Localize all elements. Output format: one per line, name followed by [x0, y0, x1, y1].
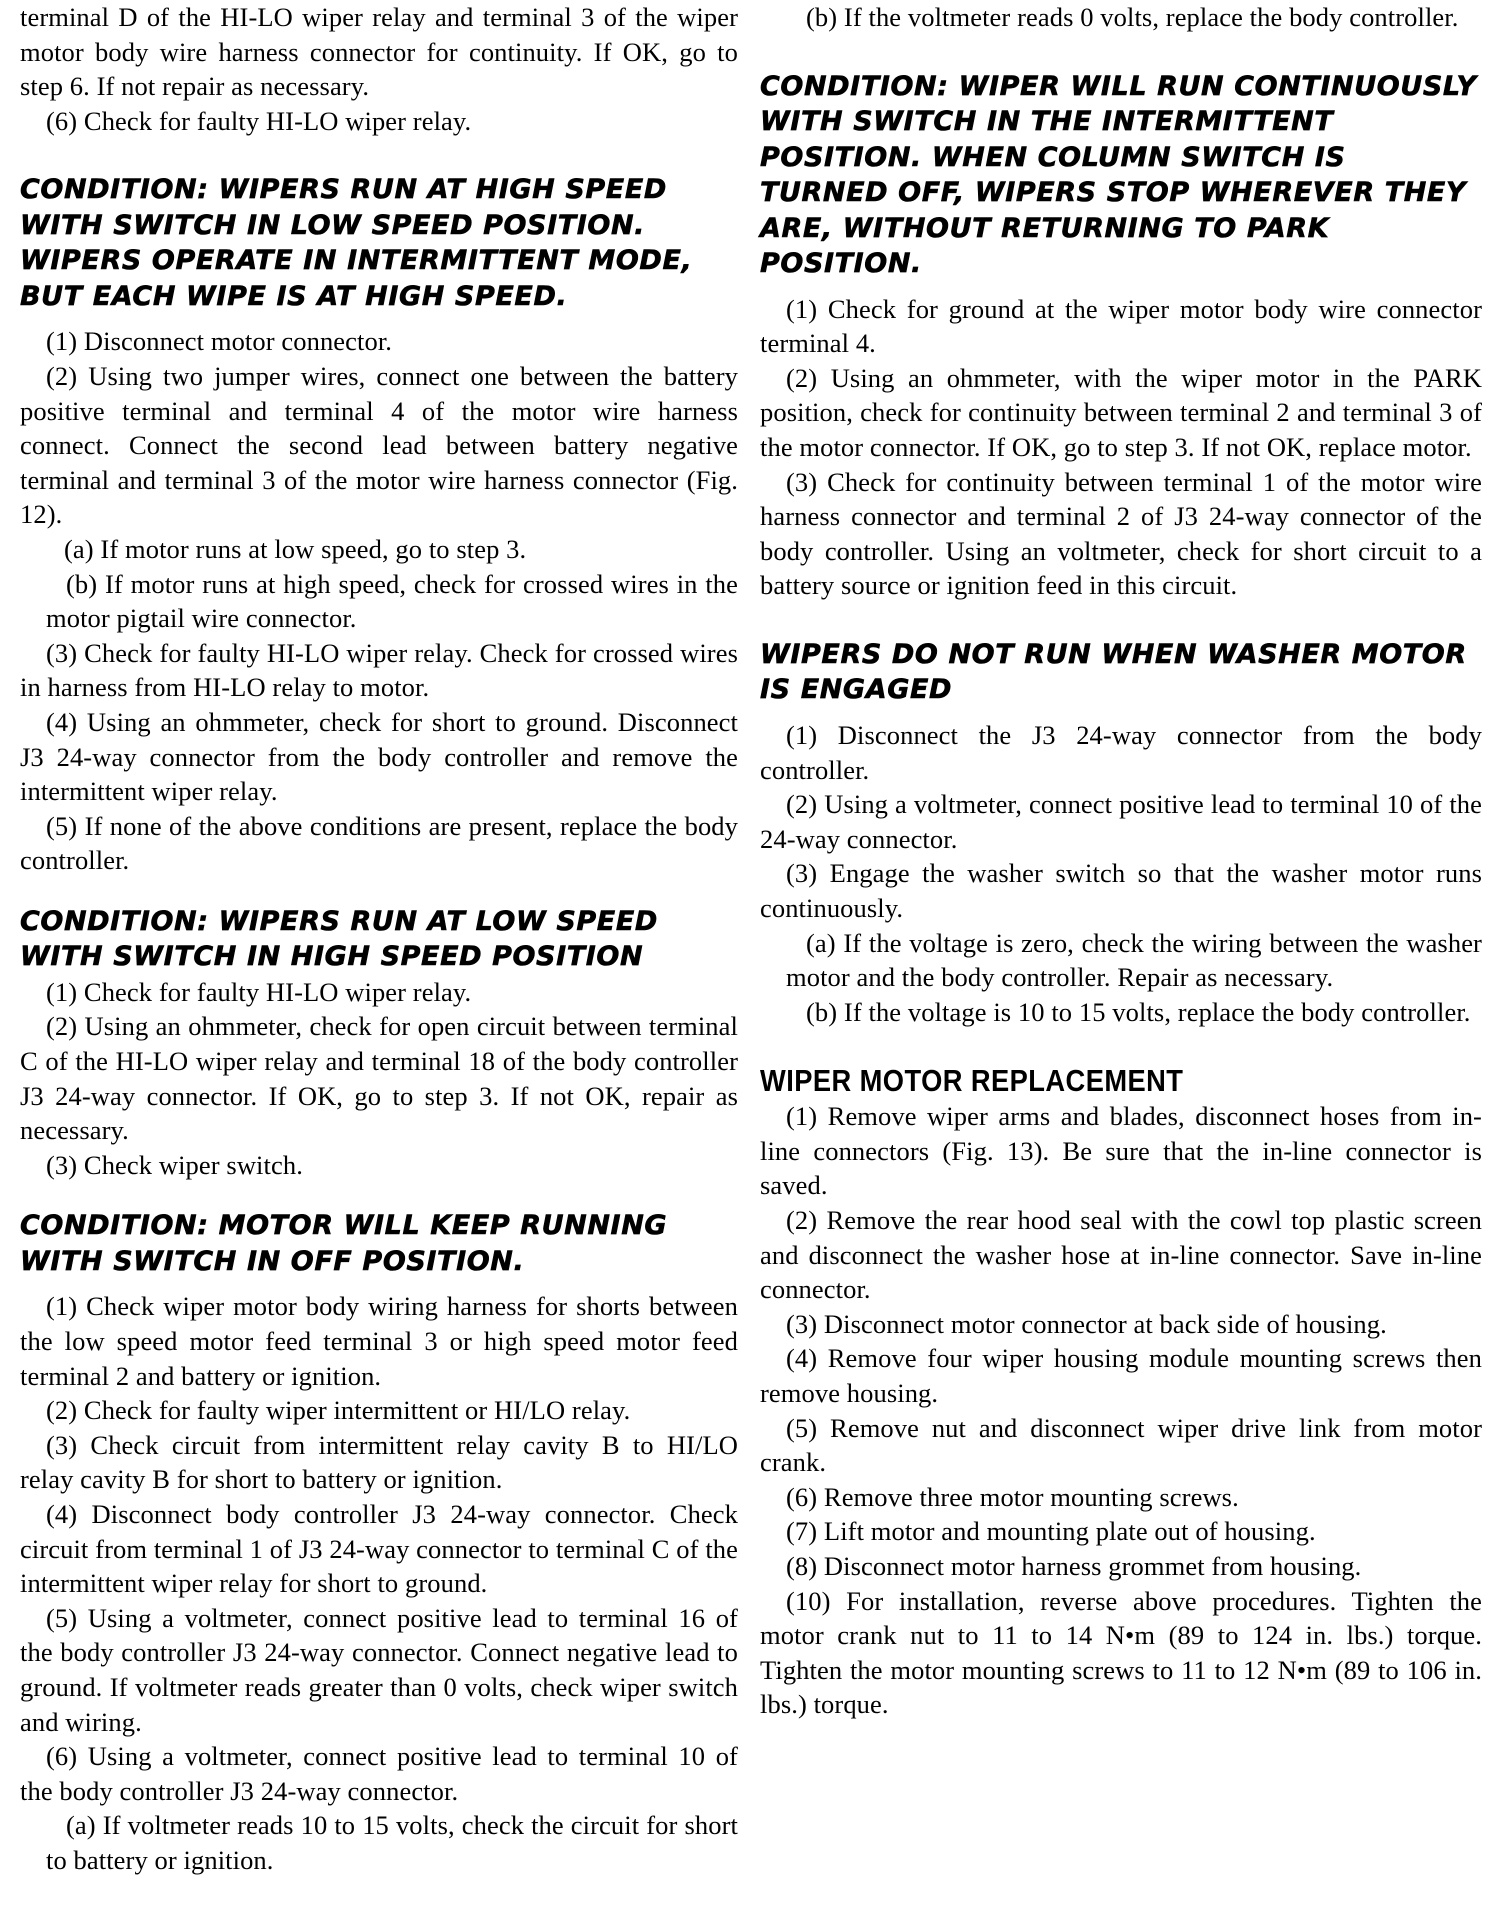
- sub-step: (b) If the voltmeter reads 0 volts, repl…: [760, 0, 1482, 35]
- left-column: terminal D of the HI-LO wiper relay and …: [20, 0, 738, 1878]
- step: (2) Remove the rear hood seal with the c…: [760, 1203, 1482, 1307]
- step: (5) Remove nut and disconnect wiper driv…: [760, 1411, 1482, 1480]
- step: (2) Check for faulty wiper intermittent …: [20, 1393, 738, 1428]
- step: (4) Remove four wiper housing module mou…: [760, 1341, 1482, 1410]
- step: (2) Using a voltmeter, connect positive …: [760, 787, 1482, 856]
- step: (3) Check for faulty HI-LO wiper relay. …: [20, 636, 738, 705]
- step: (5) Using a voltmeter, connect positive …: [20, 1601, 738, 1739]
- step: (6) Using a voltmeter, connect positive …: [20, 1739, 738, 1808]
- step: (3) Disconnect motor connector at back s…: [760, 1307, 1482, 1342]
- step: (2) Using an ohmmeter, check for open ci…: [20, 1009, 738, 1147]
- step: (2) Using two jumper wires, connect one …: [20, 359, 738, 532]
- section-heading-wiper-motor-replacement: WIPER MOTOR REPLACEMENT: [760, 1063, 1395, 1099]
- step: (1) Check wiper motor body wiring harnes…: [20, 1289, 738, 1393]
- step: (2) Using an ohmmeter, with the wiper mo…: [760, 361, 1482, 465]
- step: (1) Check for ground at the wiper motor …: [760, 292, 1482, 361]
- step: (8) Disconnect motor harness grommet fro…: [760, 1549, 1482, 1584]
- step: (1) Check for faulty HI-LO wiper relay.: [20, 975, 738, 1010]
- section-heading-high-speed-in-low: CONDITION: WIPERS RUN AT HIGH SPEED WITH…: [20, 172, 738, 314]
- section-heading-motor-keeps-running: CONDITION: MOTOR WILL KEEP RUNNING WITH …: [20, 1208, 738, 1279]
- step: (7) Lift motor and mounting plate out of…: [760, 1514, 1482, 1549]
- step: (4) Using an ohmmeter, check for short t…: [20, 705, 738, 809]
- section-heading-washer-engaged: WIPERS DO NOT RUN WHEN WASHER MOTOR IS E…: [760, 637, 1482, 708]
- step: (3) Engage the washer switch so that the…: [760, 856, 1482, 925]
- sub-step: (a) If motor runs at low speed, go to st…: [20, 532, 738, 567]
- right-column: (b) If the voltmeter reads 0 volts, repl…: [760, 0, 1482, 1722]
- section-heading-low-speed-in-high: CONDITION: WIPERS RUN AT LOW SPEED WITH …: [20, 904, 738, 975]
- step: (1) Remove wiper arms and blades, discon…: [760, 1099, 1482, 1203]
- step: (3) Check circuit from intermittent rela…: [20, 1428, 738, 1497]
- section-heading-runs-continuously: CONDITION: WIPER WILL RUN CONTINUOUSLY W…: [760, 69, 1482, 282]
- sub-step: (b) If the voltage is 10 to 15 volts, re…: [760, 995, 1482, 1030]
- step: (1) Disconnect the J3 24-way connector f…: [760, 718, 1482, 787]
- step: (3) Check wiper switch.: [20, 1148, 738, 1183]
- step: (5) If none of the above conditions are …: [20, 809, 738, 878]
- step: (4) Disconnect body controller J3 24-way…: [20, 1497, 738, 1601]
- continuation-paragraph: terminal D of the HI-LO wiper relay and …: [20, 0, 738, 104]
- manual-page: terminal D of the HI-LO wiper relay and …: [0, 0, 1504, 1926]
- sub-step: (b) If motor runs at high speed, check f…: [20, 567, 738, 636]
- step: (3) Check for continuity between termina…: [760, 465, 1482, 603]
- step: (1) Disconnect motor connector.: [20, 324, 738, 359]
- step: (6) Remove three motor mounting screws.: [760, 1480, 1482, 1515]
- sub-step: (a) If voltmeter reads 10 to 15 volts, c…: [20, 1808, 738, 1877]
- step: (10) For installation, reverse above pro…: [760, 1584, 1482, 1722]
- sub-step: (a) If the voltage is zero, check the wi…: [760, 926, 1482, 995]
- step-6: (6) Check for faulty HI-LO wiper relay.: [20, 104, 738, 139]
